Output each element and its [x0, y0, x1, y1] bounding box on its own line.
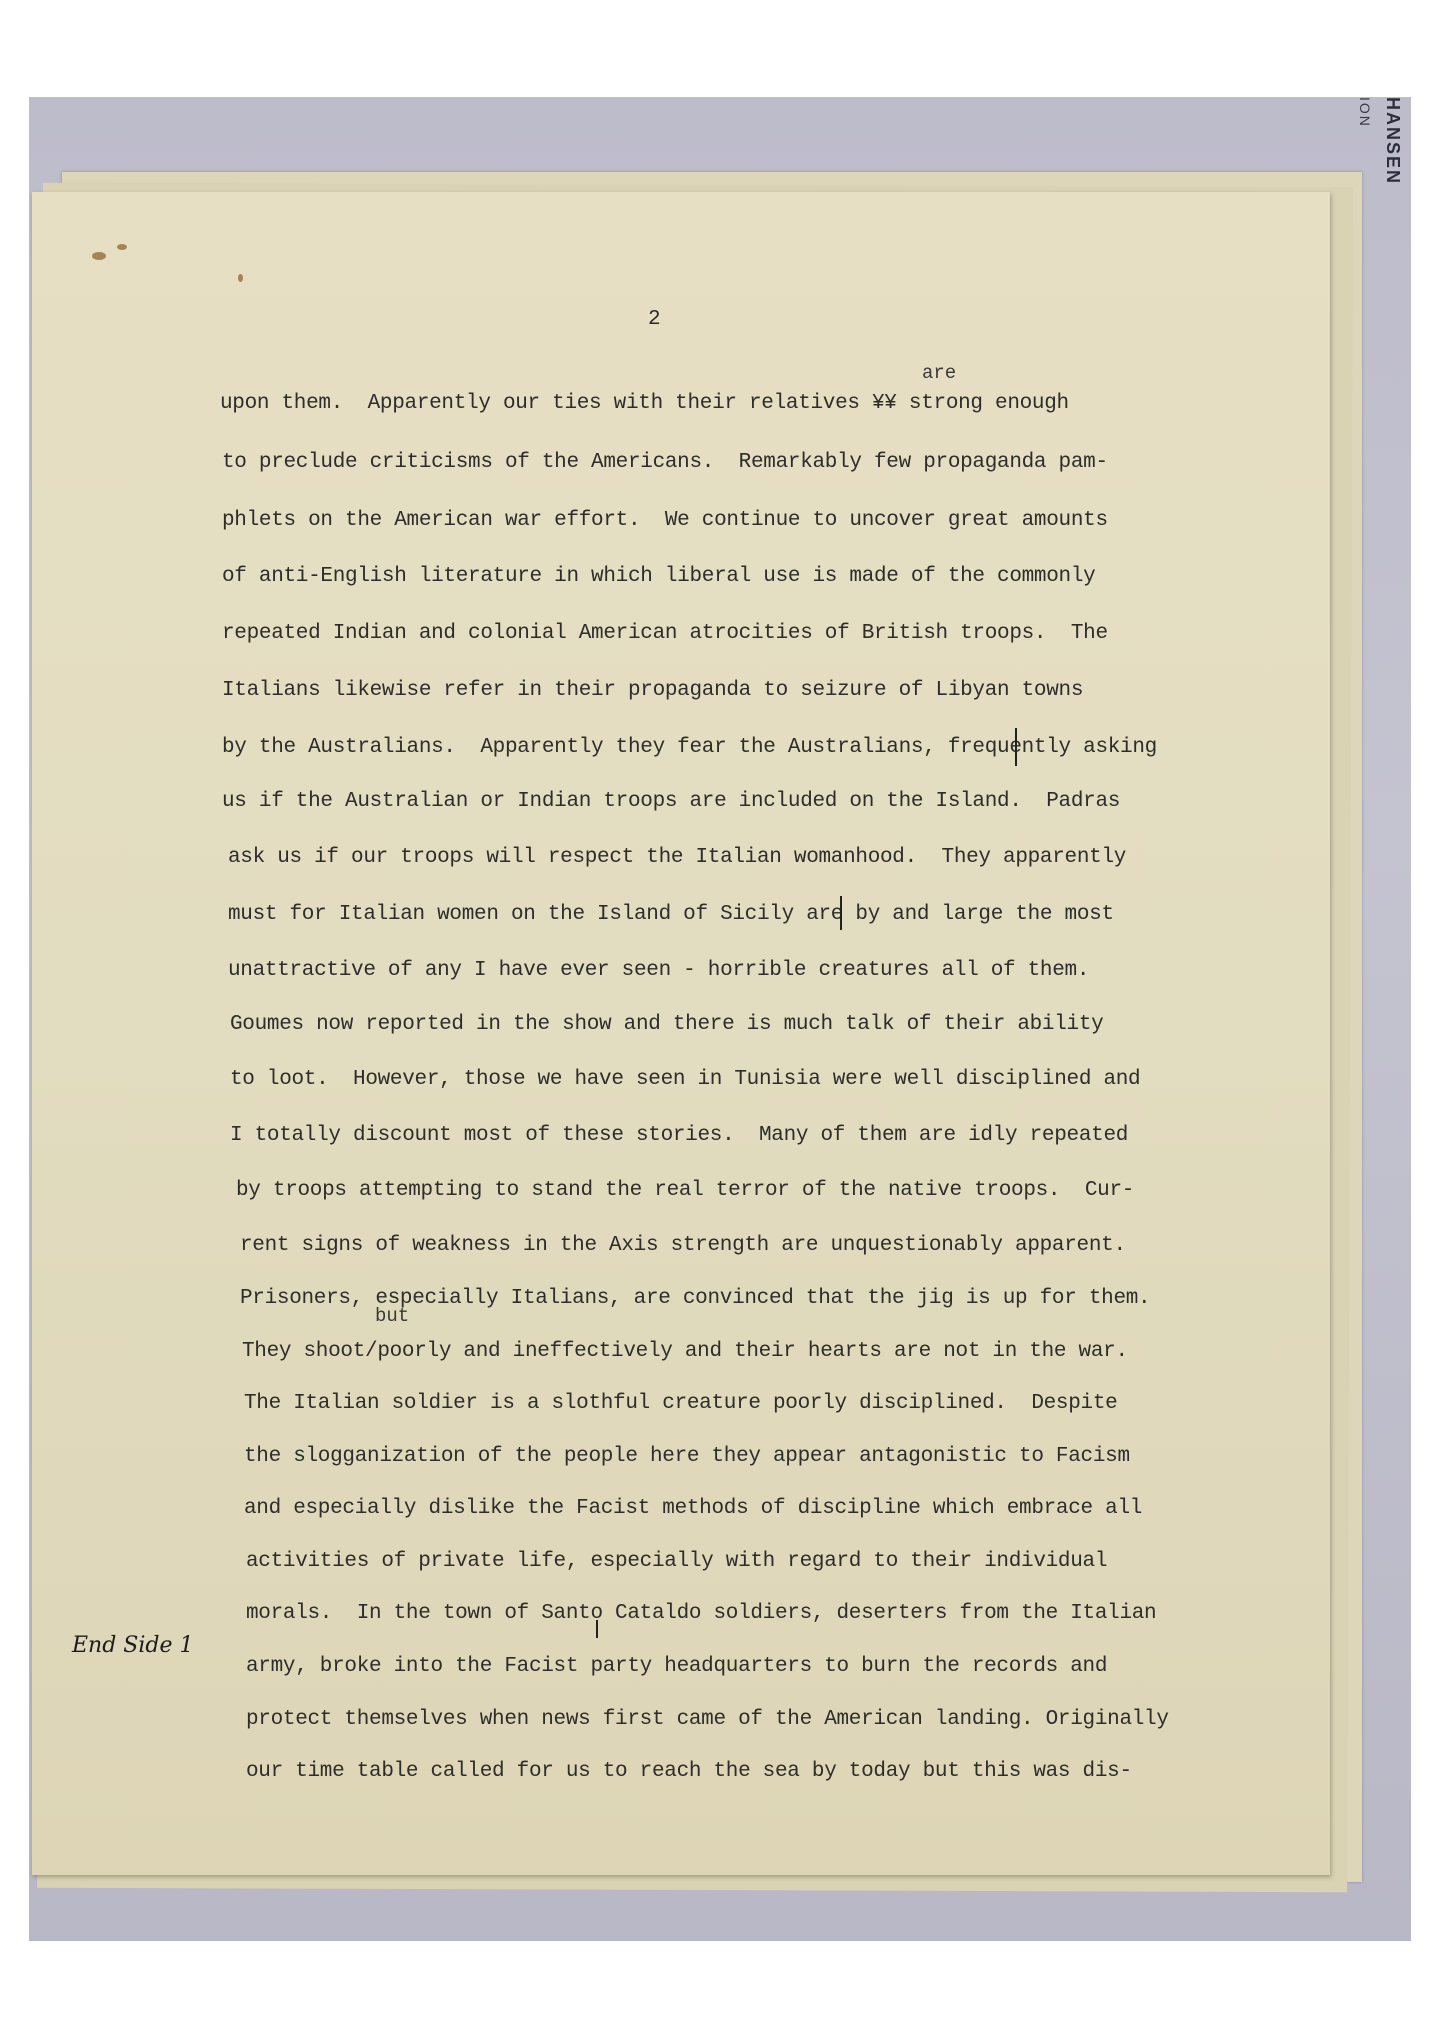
- pen-insertion-mark: [596, 1620, 598, 1638]
- rust-stain: [238, 274, 243, 282]
- text-line: activities of private life, especially w…: [246, 1550, 1107, 1573]
- pen-correction-mark: [840, 896, 842, 930]
- text-line: army, broke into the Facist party headqu…: [246, 1655, 1107, 1678]
- text-line: our time table called for us to reach th…: [246, 1760, 1132, 1783]
- text-line: of anti-English literature in which libe…: [222, 565, 1095, 588]
- side-label: HANSEN: [1382, 97, 1403, 185]
- text-line: by troops attempting to stand the real t…: [236, 1179, 1134, 1202]
- rust-stain: [92, 252, 106, 260]
- text-line: Goumes now reported in the show and ther…: [230, 1013, 1103, 1036]
- text-line: us if the Australian or Indian troops ar…: [222, 790, 1120, 813]
- text-line: protect themselves when news first came …: [246, 1708, 1169, 1731]
- text-line: The Italian soldier is a slothful creatu…: [244, 1392, 1117, 1415]
- margin-note: End Side 1: [72, 1633, 194, 1658]
- pen-correction-mark: [1015, 728, 1017, 766]
- side-label-partial: ION: [1357, 97, 1373, 128]
- rust-stain: [117, 244, 127, 250]
- text-line: ask us if our troops will respect the It…: [228, 846, 1126, 869]
- text-line: They shoot/poorly and ineffectively and …: [242, 1340, 1128, 1363]
- text-line: upon them. Apparently our ties with thei…: [220, 392, 1069, 415]
- text-line: and especially dislike the Facist method…: [244, 1497, 1142, 1520]
- text-line: to loot. However, those we have seen in …: [230, 1068, 1140, 1091]
- text-line: must for Italian women on the Island of …: [228, 903, 1114, 926]
- text-line: unattractive of any I have ever seen - h…: [228, 959, 1089, 982]
- text-line: morals. In the town of Santo Cataldo sol…: [246, 1602, 1156, 1625]
- text-line: Italians likewise refer in their propaga…: [222, 679, 1083, 702]
- text-line: I totally discount most of these stories…: [230, 1124, 1128, 1147]
- text-line: rent signs of weakness in the Axis stren…: [240, 1234, 1126, 1257]
- text-line: phlets on the American war effort. We co…: [222, 509, 1108, 532]
- page-number: 2: [648, 308, 661, 331]
- insertion-are: are: [922, 362, 956, 384]
- text-line: Prisoners, especially Italians, are conv…: [240, 1287, 1150, 1310]
- text-line: the slogganization of the people here th…: [244, 1445, 1130, 1468]
- text-line: to preclude criticisms of the Americans.…: [222, 451, 1108, 474]
- text-line: repeated Indian and colonial American at…: [222, 622, 1108, 645]
